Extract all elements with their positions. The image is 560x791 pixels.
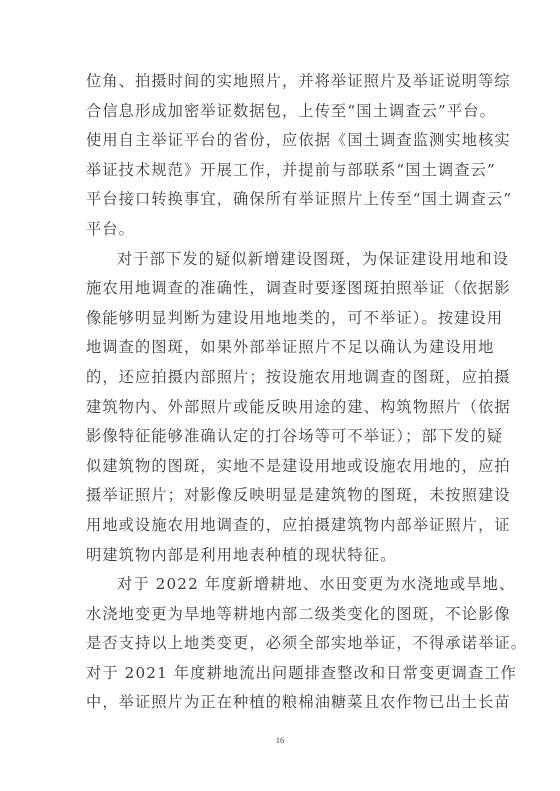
text-line: 用地或设施农用地调查的，应拍摄建筑物内部举证照片，证 xyxy=(86,511,486,541)
text-line: 是否支持以上地类变更，必须全部实地举证，不得承诺举证。 xyxy=(86,629,486,659)
paragraph-3: 对于 2022 年度新增耕地、水田变更为水浇地或旱地、 水浇地变更为旱地等耕地内… xyxy=(86,570,486,718)
text-line: 影像特征能够准确认定的打谷场等可不举证）；部下发的疑 xyxy=(86,422,486,452)
text-line: 像能够明显判断为建设用地地类的，可不举证）。按建设用 xyxy=(86,304,486,334)
text-line: 摄举证照片；对影像反映明显是建筑物的图斑，未按照建设 xyxy=(86,481,486,511)
text-line: 举证技术规范》开展工作，并提前与部联系“国土调查云” xyxy=(86,156,486,186)
text-line: 明建筑物内部是利用地表种植的现状特征。 xyxy=(86,541,486,571)
document-page: 位角、拍摄时间的实地照片，并将举证照片及举证说明等综 合信息形成加密举证数据包，… xyxy=(0,0,560,791)
text-line: 对于部下发的疑似新增建设图斑，为保证建设用地和设 xyxy=(86,245,486,275)
text-line: 平台。 xyxy=(86,215,486,245)
text-line: 建筑物内、外部照片或能反映用途的建、构筑物照片（依据 xyxy=(86,393,486,423)
body-text: 位角、拍摄时间的实地照片，并将举证照片及举证说明等综 合信息形成加密举证数据包，… xyxy=(86,67,486,718)
text-line: 的，还应拍摄内部照片；按设施农用地调查的图斑，应拍摄 xyxy=(86,363,486,393)
text-line: 平台接口转换事宜，确保所有举证照片上传至“国土调查云” xyxy=(86,185,486,215)
paragraph-1: 位角、拍摄时间的实地照片，并将举证照片及举证说明等综 合信息形成加密举证数据包，… xyxy=(86,67,486,245)
text-line: 水浇地变更为旱地等耕地内部二级类变化的图斑，不论影像 xyxy=(86,600,486,630)
text-line: 使用自主举证平台的省份，应依据《国土调查监测实地核实 xyxy=(86,126,486,156)
text-line: 合信息形成加密举证数据包，上传至“国土调查云”平台。 xyxy=(86,97,486,127)
paragraph-2: 对于部下发的疑似新增建设图斑，为保证建设用地和设 施农用地调查的准确性，调查时要… xyxy=(86,245,486,571)
text-line: 对于 2021 年度耕地流出问题排查整改和日常变更调查工作 xyxy=(86,659,486,689)
text-line: 对于 2022 年度新增耕地、水田变更为水浇地或旱地、 xyxy=(86,570,486,600)
text-line: 似建筑物的图斑，实地不是建设用地或设施农用地的，应拍 xyxy=(86,452,486,482)
text-line: 地调查的图斑，如果外部举证照片不足以确认为建设用地 xyxy=(86,333,486,363)
text-line: 施农用地调查的准确性，调查时要逐图斑拍照举证（依据影 xyxy=(86,274,486,304)
text-line: 中，举证照片为正在种植的粮棉油糖菜且农作物已出土长苗 xyxy=(86,688,486,718)
text-line: 位角、拍摄时间的实地照片，并将举证照片及举证说明等综 xyxy=(86,67,486,97)
page-number: 16 xyxy=(0,735,560,745)
